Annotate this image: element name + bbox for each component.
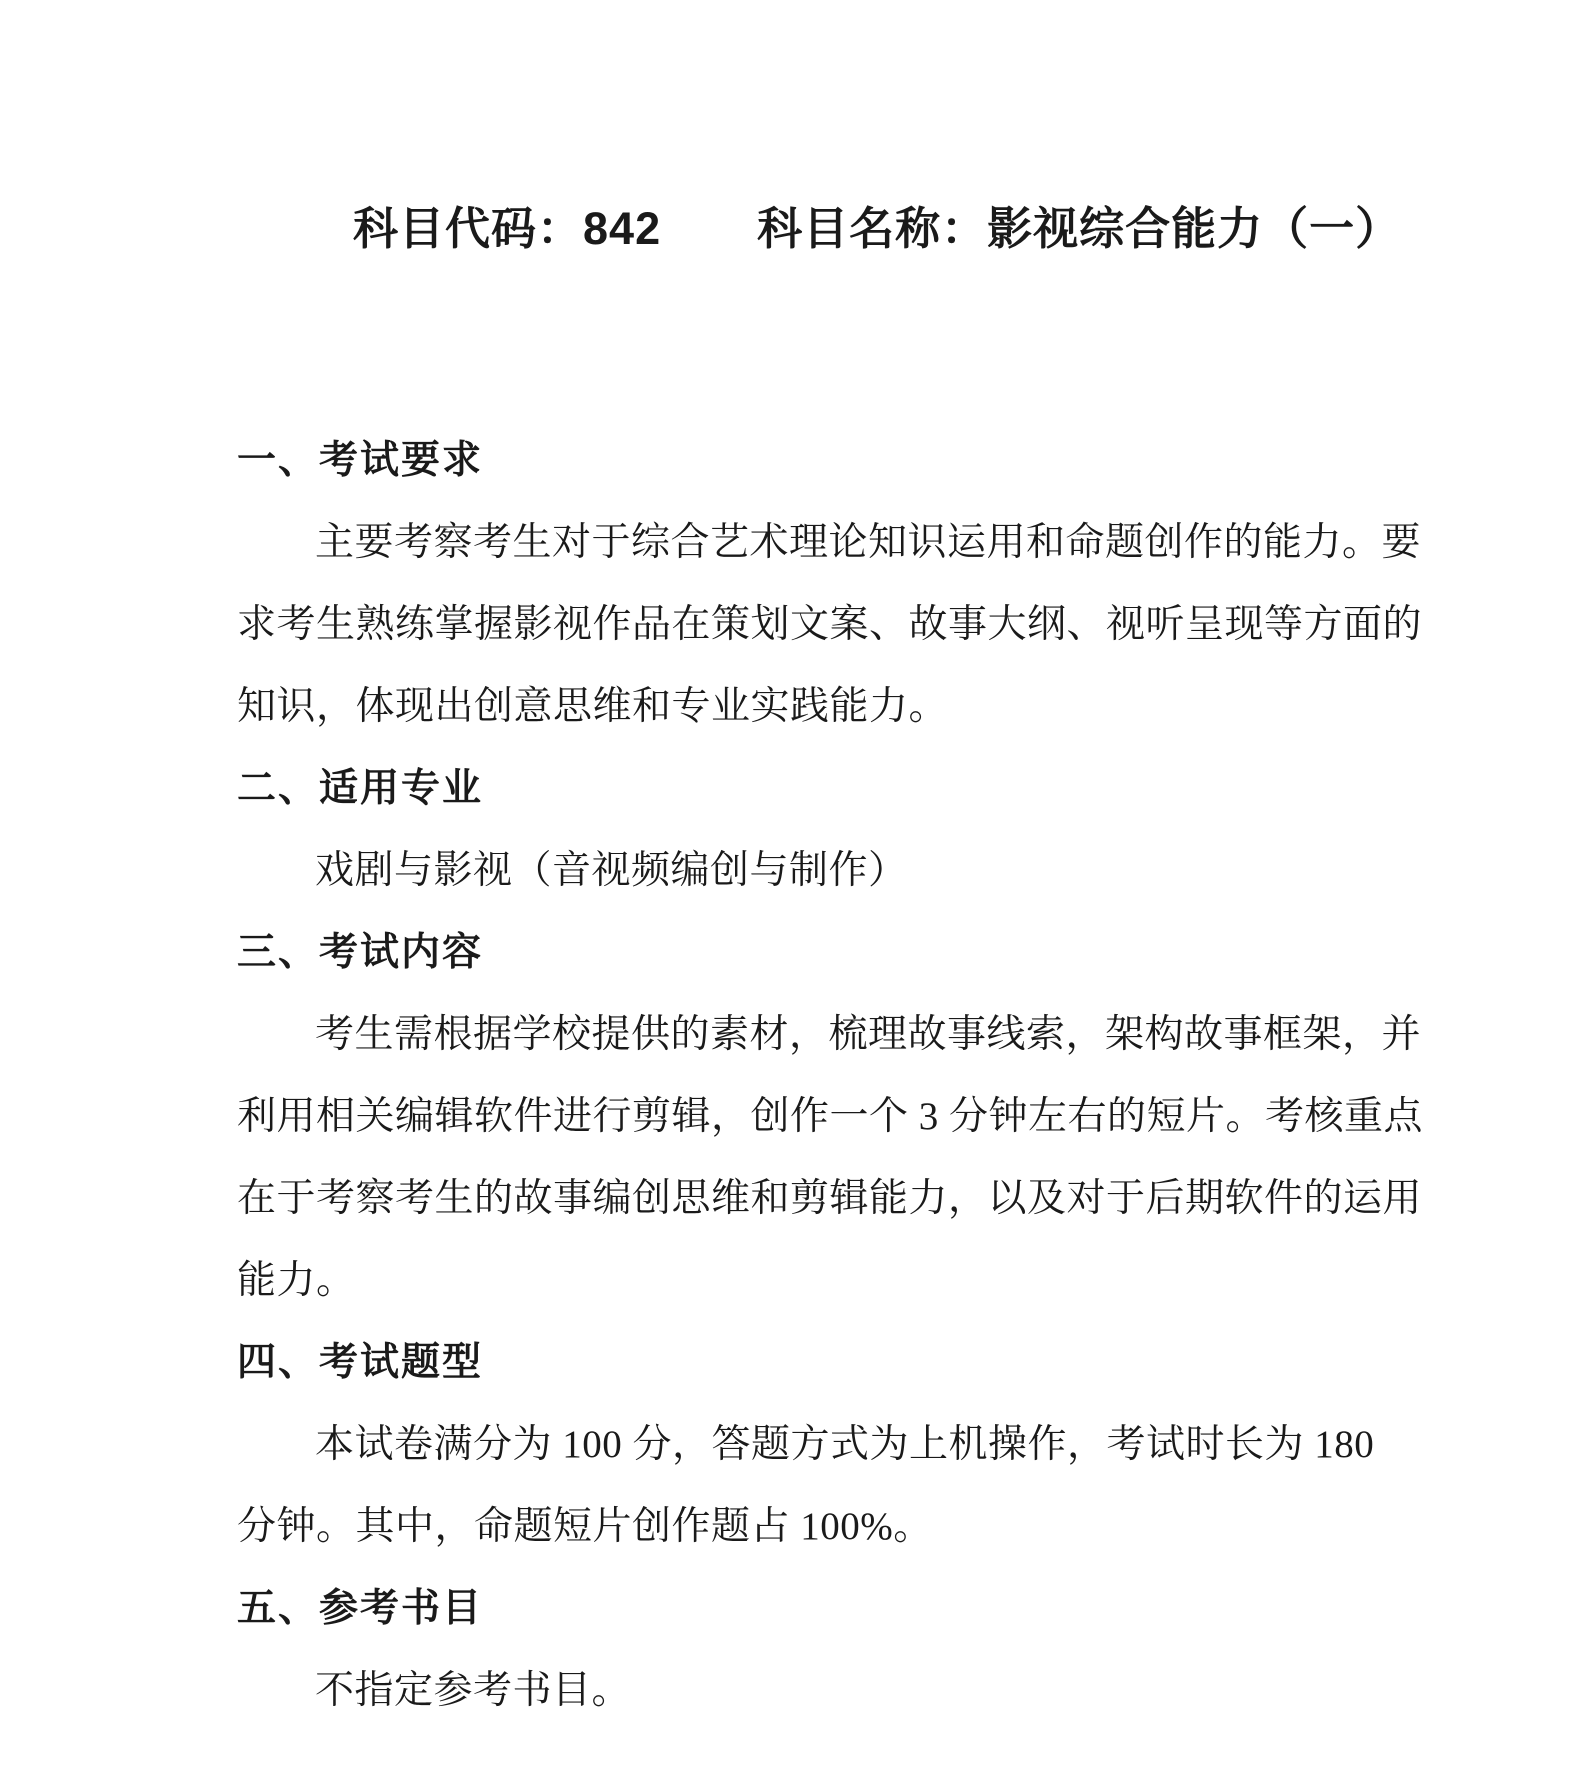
section-5-line-1: 不指定参考书目。: [237, 1650, 1477, 1732]
document-title: 科目代码：842科目名称：影视综合能力（一）: [299, 148, 1477, 310]
section-1-heading: 一、考试要求: [237, 420, 1477, 502]
section-1-line-2: 求考生熟练掌握影视作品在策划文案、故事大纲、视听呈现等方面的: [237, 584, 1477, 666]
section-3-line-3: 在于考察考生的故事编创思维和剪辑能力，以及对于后期软件的运用: [237, 1158, 1477, 1240]
section-1-line-3: 知识，体现出创意思维和专业实践能力。: [237, 666, 1477, 748]
section-1-line-1: 主要考察考生对于综合艺术理论知识运用和命题创作的能力。要: [237, 502, 1477, 584]
section-4-heading: 四、考试题型: [237, 1322, 1477, 1404]
section-3-line-1: 考生需根据学校提供的素材，梳理故事线索，架构故事框架，并: [237, 994, 1477, 1076]
document-page: 科目代码：842科目名称：影视综合能力（一） 一、考试要求 主要考察考生对于综合…: [237, 0, 1477, 1732]
section-5-heading: 五、参考书目: [237, 1568, 1477, 1650]
subject-name: 科目名称：影视综合能力（一）: [757, 203, 1401, 254]
section-3-heading: 三、考试内容: [237, 912, 1477, 994]
section-2-line-1: 戏剧与影视（音视频编创与制作）: [237, 830, 1477, 912]
document-body: 一、考试要求 主要考察考生对于综合艺术理论知识运用和命题创作的能力。要 求考生熟…: [237, 420, 1477, 1732]
section-4-line-2: 分钟。其中，命题短片创作题占 100%。: [237, 1486, 1477, 1568]
section-3-line-2: 利用相关编辑软件进行剪辑，创作一个 3 分钟左右的短片。考核重点: [237, 1076, 1477, 1158]
section-3-line-4: 能力。: [237, 1240, 1477, 1322]
section-2-heading: 二、适用专业: [237, 748, 1477, 830]
subject-code: 科目代码：842: [353, 203, 661, 254]
section-4-line-1: 本试卷满分为 100 分，答题方式为上机操作，考试时长为 180: [237, 1404, 1477, 1486]
